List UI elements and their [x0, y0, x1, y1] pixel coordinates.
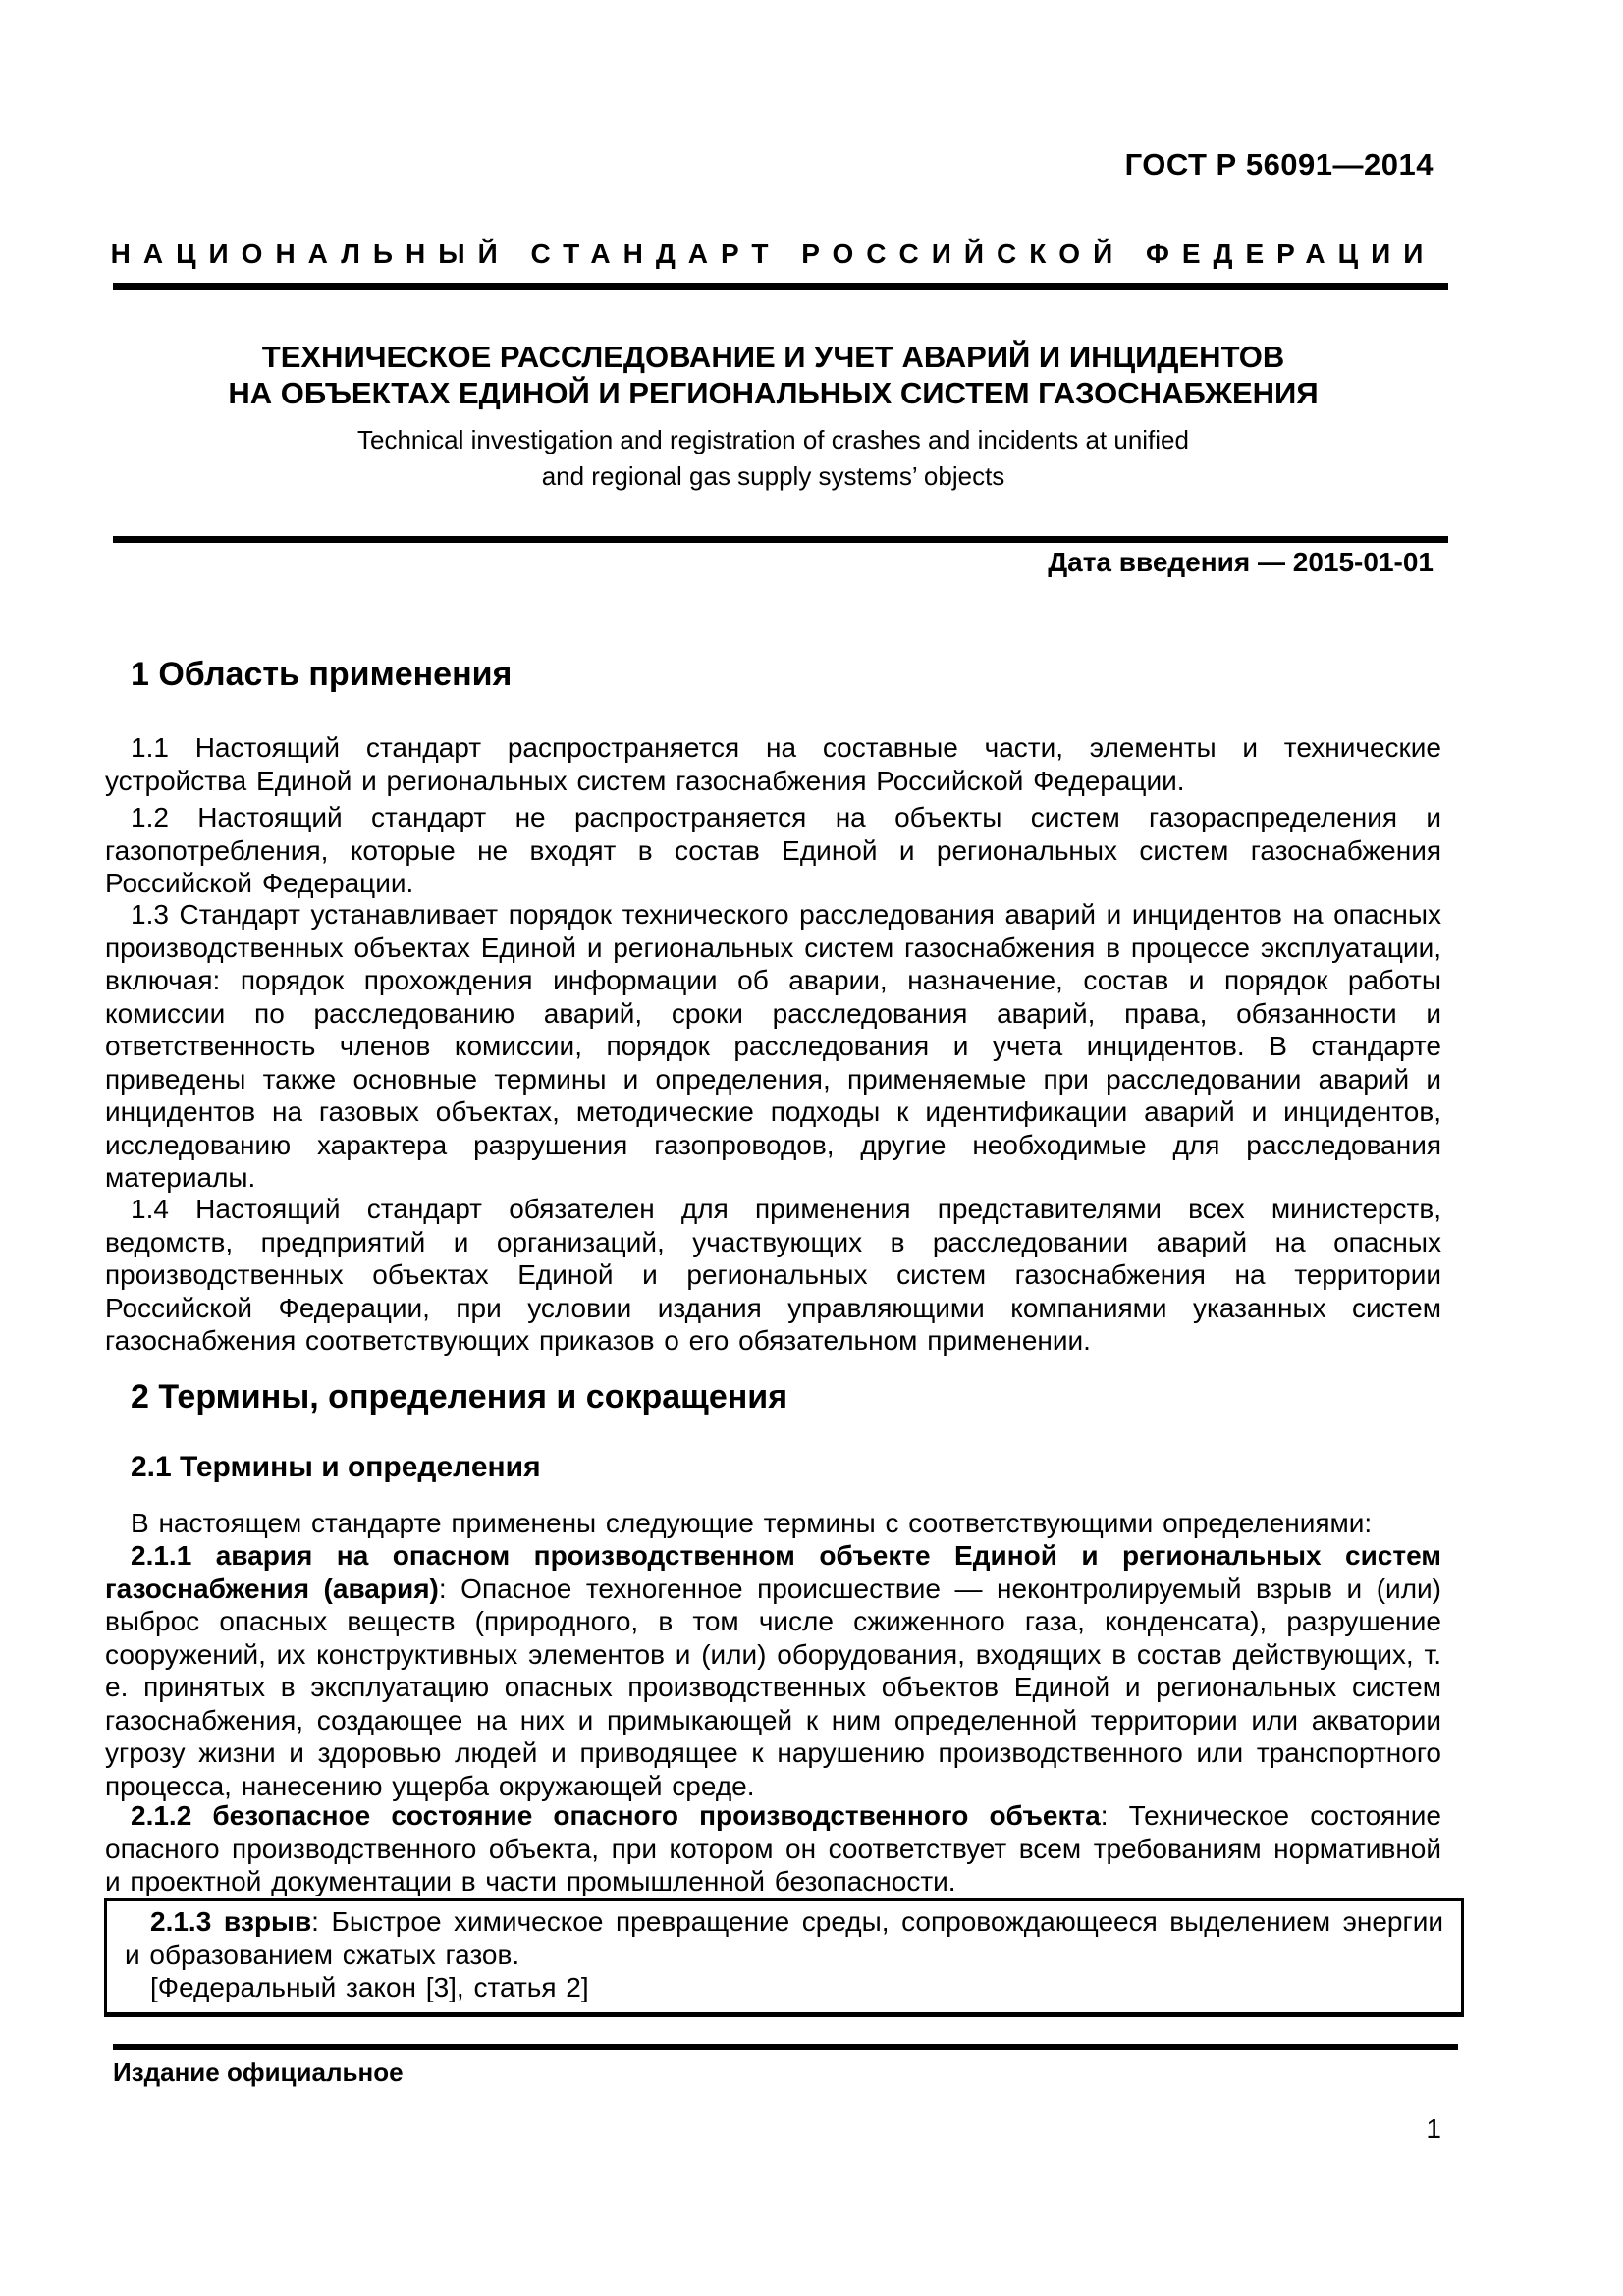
- document-title-ru: ТЕХНИЧЕСКОЕ РАССЛЕДОВАНИЕ И УЧЕТ АВАРИЙ …: [105, 339, 1441, 411]
- paragraph-1-4: 1.4 Настоящий стандарт обязателен для пр…: [105, 1193, 1441, 1358]
- date-rule: [113, 536, 1448, 543]
- title-en-line-2: and regional gas supply systems’ objects: [105, 458, 1441, 495]
- paragraph-1-3: 1.3 Стандарт устанавливает порядок техни…: [105, 898, 1441, 1195]
- title-ru-line-2: НА ОБЪЕКТАХ ЕДИНОЙ И РЕГИОНАЛЬНЫХ СИСТЕМ…: [105, 375, 1441, 411]
- paragraph-1-2: 1.2 Настоящий стандарт не распространяет…: [105, 801, 1441, 900]
- term-2-1-2: 2.1.2 безопасное состояние опасного прои…: [105, 1799, 1441, 1898]
- section-1-heading: 1 Область применения: [131, 656, 512, 694]
- term-2-1-2-label: 2.1.2 безопасное состояние опасного прои…: [131, 1800, 1101, 1831]
- section-2-1-subheading: 2.1 Термины и определения: [131, 1451, 541, 1484]
- document-page: ГОСТ Р 56091—2014 НАЦИОНАЛЬНЫЙ СТАНДАРТ …: [0, 0, 1623, 2296]
- term-2-1-3-definition: : Быстрое химическое превращение среды, …: [125, 1906, 1443, 1970]
- term-2-1-1: 2.1.1 авария на опасном производственном…: [105, 1539, 1441, 1802]
- term-2-1-2-number: 2.1.2: [131, 1800, 191, 1831]
- term-2-1-3-term: взрыв: [224, 1906, 311, 1937]
- terms-intro: В настоящем стандарте применены следующи…: [105, 1507, 1441, 1540]
- title-ru-line-1: ТЕХНИЧЕСКОЕ РАССЛЕДОВАНИЕ И УЧЕТ АВАРИЙ …: [105, 339, 1441, 375]
- official-edition-label: Издание официальное: [113, 2057, 404, 2088]
- page-number: 1: [105, 2113, 1441, 2145]
- document-title-en: Technical investigation and registration…: [105, 422, 1441, 495]
- term-2-1-1-number: 2.1.1: [131, 1540, 191, 1571]
- title-en-line-1: Technical investigation and registration…: [105, 422, 1441, 458]
- term-2-1-3: 2.1.3 взрыв: Быстрое химическое превраще…: [107, 1905, 1443, 1971]
- term-2-1-3-label: 2.1.3 взрыв: [150, 1906, 311, 1937]
- header-rule: [113, 283, 1448, 290]
- effective-date: Дата введения — 2015-01-01: [105, 547, 1434, 578]
- standard-code: ГОСТ Р 56091—2014: [105, 147, 1434, 183]
- paragraph-1-1: 1.1 Настоящий стандарт распространяется …: [105, 731, 1441, 797]
- term-2-1-1-definition: : Опасное техногенное происшествие — нек…: [105, 1574, 1441, 1801]
- standard-banner: НАЦИОНАЛЬНЫЙ СТАНДАРТ РОССИЙСКОЙ ФЕДЕРАЦ…: [105, 239, 1441, 270]
- boxed-definition-2-1-3: 2.1.3 взрыв: Быстрое химическое превраще…: [104, 1898, 1464, 2017]
- term-2-1-3-source: [Федеральный закон [3], статья 2]: [107, 1971, 1443, 2004]
- term-2-1-3-number: 2.1.3: [150, 1906, 211, 1937]
- section-2-heading: 2 Термины, определения и сокращения: [131, 1378, 787, 1416]
- term-2-1-2-term: безопасное состояние опасного производст…: [212, 1800, 1100, 1831]
- footer-rule: [113, 2044, 1458, 2050]
